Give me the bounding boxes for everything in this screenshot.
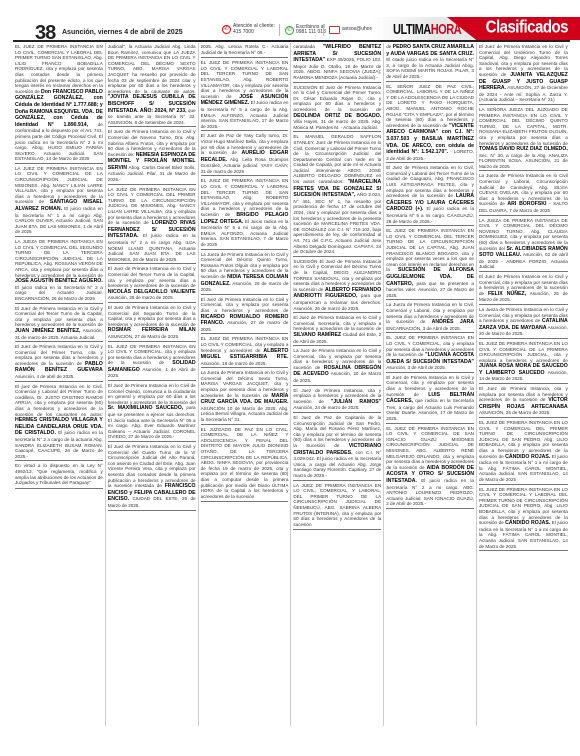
legal-notice: El Juez de Primera Instancia en lo Civil… [108, 265, 196, 303]
legal-notice: El Juez de Primera Instancia, cita y emp… [293, 387, 381, 413]
deceased-names: "JULIÁN RAMOS" [331, 399, 381, 405]
legal-notice: La Jueza de Primera Instancia en lo Civi… [201, 369, 289, 424]
legal-notice: EL JUEZ DE PRIMERA INSTANCIA EN LO CIVIL… [386, 425, 474, 509]
legal-notice: La Juez de Primera Instancia en lo Civil… [293, 347, 381, 386]
notice-details: Sec. N° 30, a cargo de la Abg. ANALIZA F… [479, 153, 568, 169]
legal-notice: El Juez de Primera Instancia en lo Civil… [386, 164, 474, 226]
legal-notice: EL JUEZ DE PRIMERA INSTANCIA EN LO CIVIL… [386, 334, 474, 373]
column-6: El Juez de Primera Instancia en lo Civil… [477, 43, 570, 726]
whatsapp-contact: ✆ Escríbinos al0981 111 013 [276, 24, 326, 36]
notice-text: El Juez de Primera Instancia en lo Civil… [201, 297, 289, 313]
legal-notice: El Juez de Paz de Capitanía de la Circun… [293, 414, 381, 481]
legal-notice: EL JUEZ DE PRIMERA INSTANCIA EN LO CIVIL… [201, 335, 289, 368]
column-3: 2025. Abg. Leticia Rotela C.- Actuaria J… [199, 43, 292, 726]
notice-details: Asunción, 24 de marzo de 2025. [293, 405, 359, 410]
legal-notice: EL JUZGADO DE PAZ EN LO CIVIL, COMERCIAL… [201, 426, 289, 503]
notice-text: de [386, 44, 391, 49]
legal-notice: El Juez de Primera Instancia en lo Civil… [15, 305, 103, 343]
deceased-names: DEOLINDA ORTIZ DE BOGADO. [293, 113, 381, 119]
legal-notice: LA JUEZ DE PRIMERA INSTANCIA EN LO CIVIL… [15, 165, 103, 237]
column-4: caratulada "WILFRIDO BENITEZ ARRIETA S/ … [291, 43, 384, 726]
legal-notice: EL JUEZ DE PRIMERA INSTANCIA EN LO CIVIL… [201, 59, 289, 131]
notice-text: 2025. Abg. Leticia Rotela C.- Actuaria J… [201, 44, 289, 55]
legal-notice: LA JUEZA DE PRIMERA INSTANCIA EN LO CIVI… [15, 238, 103, 304]
notice-text: El Juez de Primera Instancia en lo Civil… [15, 306, 103, 328]
column-5: de PEDRO SANTA CRUZ AMARILLA y AUDA VARG… [384, 43, 477, 726]
logo-ultima: ULTIMA [393, 22, 431, 38]
classifieds-columns: EL JUEZ DE PRIMERA INSTANCIA EN LO CIVIL… [13, 43, 570, 726]
legal-notice: caratulada "WILFRIDO BENITEZ ARRIETA S/ … [293, 43, 381, 83]
legal-notice: El Juez de Primera Instancia en lo Civil… [15, 343, 103, 382]
divider [279, 24, 280, 36]
column-1: EL JUEZ DE PRIMERA INSTANCIA EN LO CIVIL… [13, 43, 106, 726]
notice-text: caratulada [293, 44, 314, 49]
notice-details: Asunción, 3 de Abril de 2025. [386, 365, 446, 370]
notice-text: En virtud a lo dispuesto en la Ley N° 49… [15, 463, 103, 485]
notice-details: de conformidad a lo dispuesto por el Art… [15, 122, 103, 162]
notice-text: LA JUEZA DE PRIMERA INSTANCIA EN LO CIVI… [15, 239, 103, 278]
legal-notice: EL JUEZ DE PRIMERA INSTANCIA EN LO CIVIL… [479, 419, 568, 485]
legal-notice: La Jueza de Primera Instancia en lo Civi… [386, 301, 474, 333]
notice-details: Villa Hayes, 31 de marzo de 2025. Abg. M… [293, 119, 381, 130]
divider [323, 24, 324, 36]
notice-details: ASUNCIÓN, 25 de Marzo de 2025. [479, 410, 551, 415]
deceased-names: ANDRÉS JARA [432, 319, 474, 325]
notice-text: El Juez de Primera Instancia en lo Civil… [108, 305, 196, 327]
legal-notice: EL JUEZ DE PRIMERA INSTANCIA EN LO CIVIL… [15, 43, 103, 164]
column-2: Judicial", la Actuaria Judicial Abg. Lin… [106, 43, 199, 726]
deceased-names: ARI BOROFSKI [507, 201, 546, 207]
notice-text: EL JUEZ DE PRIMERA INSTANCIA EN LO CIVIL… [15, 44, 103, 94]
notice-details: Asunción, 18 de marzo de 2025. [201, 361, 267, 366]
legal-notice: En virtud a lo dispuesto en la Ley N° 49… [15, 462, 103, 488]
deceased-names: JOSÉ AGUSTÍN BENÍTEZ AGÜERO. [15, 278, 103, 284]
notice-text: LA SEÑORA JUEZA DEL JUZGADO DE PRIMERA I… [479, 107, 568, 146]
logo-hora: HORA [431, 22, 461, 38]
notice-text: EL MANUEL GERALDO SAFFLON STANLEY, Juez … [293, 134, 381, 184]
legal-notice: La Jueza de Primera Instancia en lo Civi… [479, 172, 568, 215]
legal-notice: EL JUEZ DE PRIMERA INSTANCIA EN LO CIVIL… [108, 343, 196, 382]
deceased-names: JUAN JIMÉNEZ BENÍTEZ, [15, 328, 80, 334]
deceased-names: CÁNDIDO ROJAS. [505, 454, 550, 460]
legal-notice: Judicial", la Actuaria Judicial Abg. Lin… [108, 43, 196, 127]
notice-text: El Juez de Primera Instancia en lo Civil… [108, 383, 196, 405]
page-header: 38 Asunción, viernes 4 de abril de 2025 … [0, 0, 580, 40]
deceased-names: Sr. MAXIMILIANO SAUCEDO, [108, 405, 183, 411]
legal-notice: SUCESIÓN El Juez de Primera Instancia en… [293, 84, 381, 133]
legal-notice: El Juez de Primera Instancia en lo Civil… [201, 296, 289, 335]
notice-text: Judicial", la Actuaria Judicial Abg. Lin… [108, 44, 196, 94]
deceased-names: PEDRO SANTA CRUZ AMARILLA y AUDA VARGAS … [386, 44, 474, 57]
legal-notice: EL JUEZ DE PRIMERA INSTANCIA EN LO CIVIL… [201, 177, 289, 249]
legal-notice: EL JUEZ DE PRIMERA INSTANCIA EN LO CIVIL… [479, 486, 568, 552]
notice-text: EL JUEZ DE PRIMERA INSTANCIA EN LO CIVIL… [386, 426, 474, 470]
mail-icon [329, 26, 340, 34]
deceased-names: "JOVITA DEJESUS CUBILLA DE BISCHOFF S/ S… [108, 94, 196, 113]
legal-notice: La Jueza de Primera Instancia en lo Civi… [201, 251, 289, 295]
legal-notice: El Juez de Primera Instancia en lo Civil… [293, 314, 381, 346]
notice-text: SUCESIÓN El Juez de Primera Instancia en… [293, 85, 381, 112]
legal-notice: de PEDRO SANTA CRUZ AMARILLA y AUDA VARG… [386, 43, 474, 82]
legal-notice: LA JUEZ DE PRIMERA INSTANCIA EN LO CIVIL… [293, 482, 381, 531]
legal-notice: La Jueza de Primera Instancia en lo Civi… [479, 306, 568, 339]
deceased-names: FELIX NÚÑEZ, [488, 291, 526, 297]
legal-notice: El Juez de Primera Instancia en lo Civil… [479, 43, 568, 105]
notice-details: ASUNCIÓN 10 de Marzo de 2025. Abg. Letic… [201, 406, 289, 422]
legal-notice: LA SEÑORA JUEZA DEL JUZGADO DE PRIMERA I… [479, 106, 568, 172]
notice-text: EL SEÑOR JUEZ DE PAZ CIVIL, COMERCIAL, L… [386, 84, 474, 128]
notice-details: Asunción, 4 de abril de 2025. [15, 374, 75, 379]
deceased-names: ROSMAR FERREIRA MILAN [108, 327, 196, 333]
deceased-names: TOMAS DAVID RUIZ DIAZ OLMEDO, [479, 146, 568, 152]
legal-notice: EL JUEZ DE PRIMERA INSTANCIA EN LO CIVIL… [479, 340, 568, 384]
notice-text: El Juez de Primera Instancia en lo Civil… [293, 315, 381, 331]
deceased-names: CÁNDIDO ROJAS. [505, 520, 550, 526]
legal-notice: SUCESIÓN El Juez de Primera Instancia en… [293, 258, 381, 313]
contact-value: 415 7000 [233, 30, 275, 36]
section-title: Clasificados [486, 18, 568, 38]
legal-notice: EL MANUEL GERALDO SAFFLON STANLEY, Juez … [293, 133, 381, 256]
notice-details: El citado juicio radica en la Secretaría… [386, 57, 474, 79]
deceased-names: NICOLÁS DELGADILLO VALIENTE [108, 289, 196, 295]
legal-notice: 2025. Abg. Leticia Rotela C.- Actuaria J… [201, 43, 289, 58]
notice-details: El juicio radica en la Secretaría N° 2 a… [15, 285, 103, 301]
notice-text: EL JUZGADO DE PAZ EN LO CIVIL, COMERCIAL… [201, 427, 289, 499]
whatsapp-icon: ✆ [285, 26, 294, 35]
notice-text: El Juez de Primera Instancia en lo Civil… [108, 444, 196, 488]
legal-notice: El Juez de Primera Instancia en lo Civil… [108, 443, 196, 511]
header-rule [13, 40, 570, 42]
legal-notice: LA JUEZ DE PRIMERA INSTANCIA EN LO CIVIL… [108, 186, 196, 265]
deceased-names: SILVANO RAMÍREZ [293, 332, 341, 338]
notice-text: LA JUEZ DE PRIMERA INSTANCIA EN LO CIVIL… [293, 483, 381, 527]
phone-icon: ✆ [222, 25, 231, 34]
legal-notice: El Juez de Primera Instancia, cita y emp… [479, 385, 568, 418]
legal-notice: EL JUEZ DE PRIMERA INSTANCIA EN LO CIVIL… [386, 227, 474, 300]
legal-notice: El Juez de Primera Instancia en lo Civil… [386, 374, 474, 424]
notice-details: Asunción, 28 de marzo de 2025. [108, 295, 174, 300]
legal-notice: LA JUEZA DE PRIMERA INSTANCIA DE CIVIL Y… [479, 217, 568, 272]
legal-notice: El Juez de Primera Instancia en lo Civil… [479, 273, 568, 305]
legal-notice: El Juez de Paz de Yasy Cañy turno, Dr. V… [201, 132, 289, 176]
legal-notice: EL SEÑOR JUEZ DE PAZ CIVIL, COMERCIAL, L… [386, 83, 474, 164]
notice-details: ENCARNACIÓN, 3 de Abril de 2025. [386, 326, 461, 331]
legal-notice: El Juez de Primera Instancia en lo Civil… [108, 304, 196, 342]
newspaper-logo: ULTIMAHORA [393, 22, 461, 38]
notice-text: EL JUEZ DE PRIMERA INSTANCIA EN LO CIVIL… [479, 341, 568, 363]
customer-service-contact: ✆ Atención al cliente:415 7000 [222, 24, 275, 35]
notice-text: EL JUEZ DE PRIMERA INSTANCIA EN LO CIVIL… [386, 228, 474, 272]
legal-notice: El Juez de Primera Instancia en lo Civil… [108, 128, 196, 184]
legal-notice: El juez de Primera Instancia en lo Civil… [15, 383, 103, 462]
legal-notice: El Juez de Primera Instancia en lo Civil… [108, 382, 196, 442]
issue-date: Asunción, viernes 4 de abril de 2025 [62, 29, 183, 36]
notice-text: El Juez de Primera Instancia en lo Civil… [108, 266, 196, 288]
notice-text: El juez de Primera Instancia en lo Civil… [15, 384, 103, 417]
deceased-names: Don FRANCISCO PABLO GONZÁLEZ GONZÁLEZ, c… [15, 89, 103, 128]
notice-details: AÑO 2.024, N° 461, SEC N° 1, ha resuelto… [293, 192, 381, 254]
notice-details: ASUNCIÓN, 27 de Marzo de 2025. [108, 334, 180, 339]
